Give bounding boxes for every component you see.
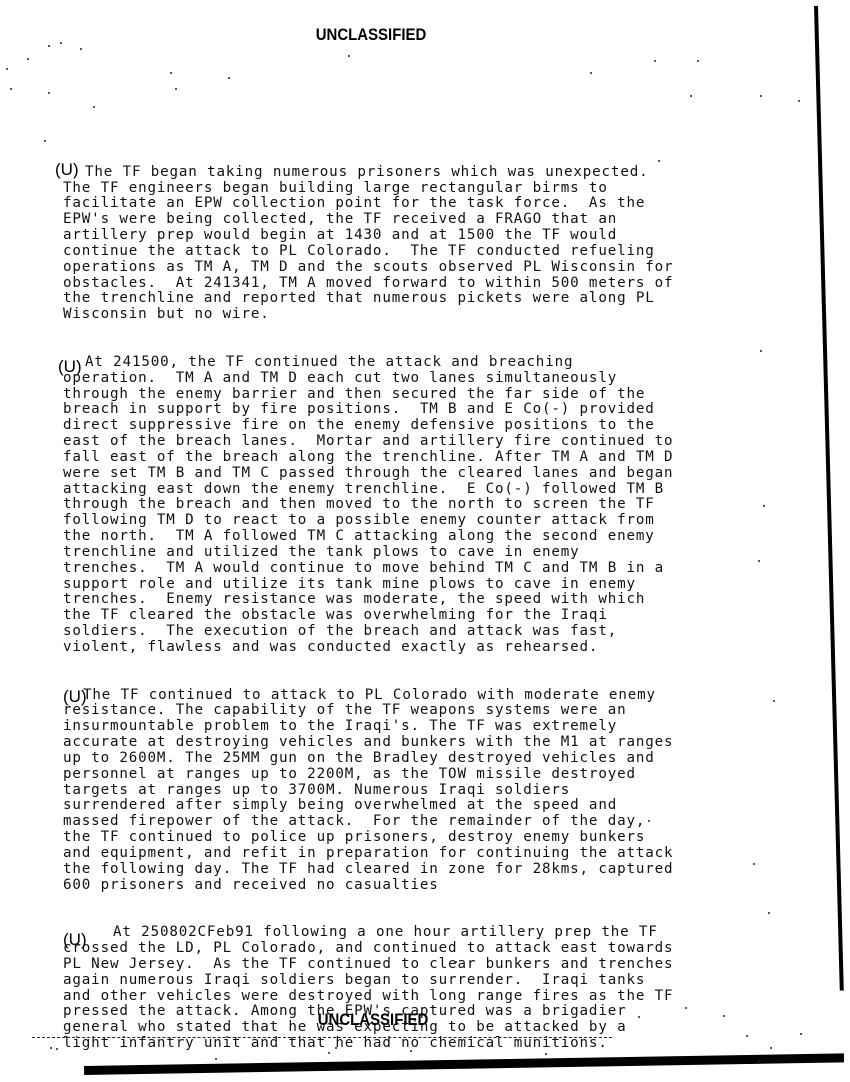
text-line: PL New Jersey. As the TF continued to cl…: [63, 957, 763, 973]
text-line: resistance. The capability of the TF wea…: [63, 703, 763, 719]
text-line: the TF cleared the obstacle was overwhel…: [63, 608, 763, 624]
text-line: and other vehicles were destroyed with l…: [63, 989, 763, 1005]
paragraph-2: (U)At 241500, the TF continued the attac…: [63, 355, 763, 656]
text-line: again numerous Iraqi soldiers began to s…: [63, 973, 763, 989]
footer-divider: [32, 1037, 612, 1039]
paragraph-3: (U)The TF continued to attack to PL Colo…: [63, 688, 763, 894]
text-line: through the breach and then moved to the…: [63, 497, 763, 513]
portion-marking: (U): [58, 359, 82, 375]
text-line: the TF continued to police up prisoners,…: [63, 830, 763, 846]
text-line: violent, flawless and was conducted exac…: [63, 640, 763, 656]
portion-marking: (U): [55, 162, 79, 178]
text-line: soldiers. The execution of the breach an…: [63, 624, 763, 640]
text-line: were set TM B and TM C passed through th…: [63, 466, 763, 482]
text-line: breach in support by fire positions. TM …: [63, 402, 763, 418]
text-line: the trenchline and reported that numerou…: [63, 291, 763, 307]
document-body: (U)The TF began taking numerous prisoner…: [63, 133, 763, 1068]
text-line: direct suppressive fire on the enemy def…: [63, 418, 763, 434]
text-line: EPW's were being collected, the TF recei…: [63, 212, 763, 228]
text-line: facilitate an EPW collection point for t…: [63, 196, 763, 212]
text-line: trenches. TM A would continue to move be…: [63, 561, 763, 577]
text-line: through the enemy barrier and then secur…: [63, 387, 763, 403]
text-line: continue the attack to PL Colorado. The …: [63, 244, 763, 260]
text-line: The TF engineers began building large re…: [63, 181, 763, 197]
text-line: the following day. The TF had cleared in…: [63, 862, 763, 878]
text-line: At 241500, the TF continued the attack a…: [63, 355, 763, 371]
text-line: fall east of the breach along the trench…: [63, 450, 763, 466]
text-line: trenchline and utilized the tank plows t…: [63, 545, 763, 561]
text-line: insurmountable problem to the Iraqi's. T…: [63, 719, 763, 735]
text-line: massed firepower of the attack. For the …: [63, 814, 763, 830]
classification-marking-bottom: UNCLASSIFIED: [43, 1010, 703, 1030]
text-line: artillery prep would begin at 1430 and a…: [63, 228, 763, 244]
text-line: targets at ranges up to 3700M. Numerous …: [63, 783, 763, 799]
text-line: up to 2600M. The 25MM gun on the Bradley…: [63, 751, 763, 767]
text-line: attacking east down the enemy trenchline…: [63, 482, 763, 498]
portion-marking: (U): [63, 689, 87, 705]
text-line: the north. TM A followed TM C attacking …: [63, 529, 763, 545]
text-line: support role and utilize its tank mine p…: [63, 577, 763, 593]
text-line: and equipment, and refit in preparation …: [63, 846, 763, 862]
text-line: operations as TM A, TM D and the scouts …: [63, 260, 763, 276]
text-line: surrendered after simply being overwhelm…: [63, 798, 763, 814]
text-line: The TF began taking numerous prisoners w…: [63, 165, 763, 181]
text-line: At 250802CFeb91 following a one hour art…: [63, 925, 763, 941]
text-line: Wisconsin but no wire.: [63, 307, 763, 323]
portion-marking: (U): [63, 932, 87, 948]
paragraph-1: (U)The TF began taking numerous prisoner…: [63, 165, 763, 323]
text-line: 600 prisoners and received no casualties: [63, 878, 763, 894]
text-line: obstacles. At 241341, TM A moved forward…: [63, 276, 763, 292]
text-line: accurate at destroying vehicles and bunk…: [63, 735, 763, 751]
text-line: east of the breach lanes. Mortar and art…: [63, 434, 763, 450]
text-line: crossed the LD, PL Colorado, and continu…: [63, 941, 763, 957]
classification-marking-top: UNCLASSIFIED: [41, 25, 701, 45]
scan-border-line: [814, 6, 844, 991]
paragraph-4: (U)At 250802CFeb91 following a one hour …: [63, 925, 763, 1052]
text-line: trenches. Enemy resistance was moderate,…: [63, 592, 763, 608]
text-line: personnel at ranges up to 2200M, as the …: [63, 767, 763, 783]
text-line: The TF continued to attack to PL Colorad…: [63, 688, 763, 704]
text-line: following TM D to react to a possible en…: [63, 513, 763, 529]
text-line: operation. TM A and TM D each cut two la…: [63, 371, 763, 387]
